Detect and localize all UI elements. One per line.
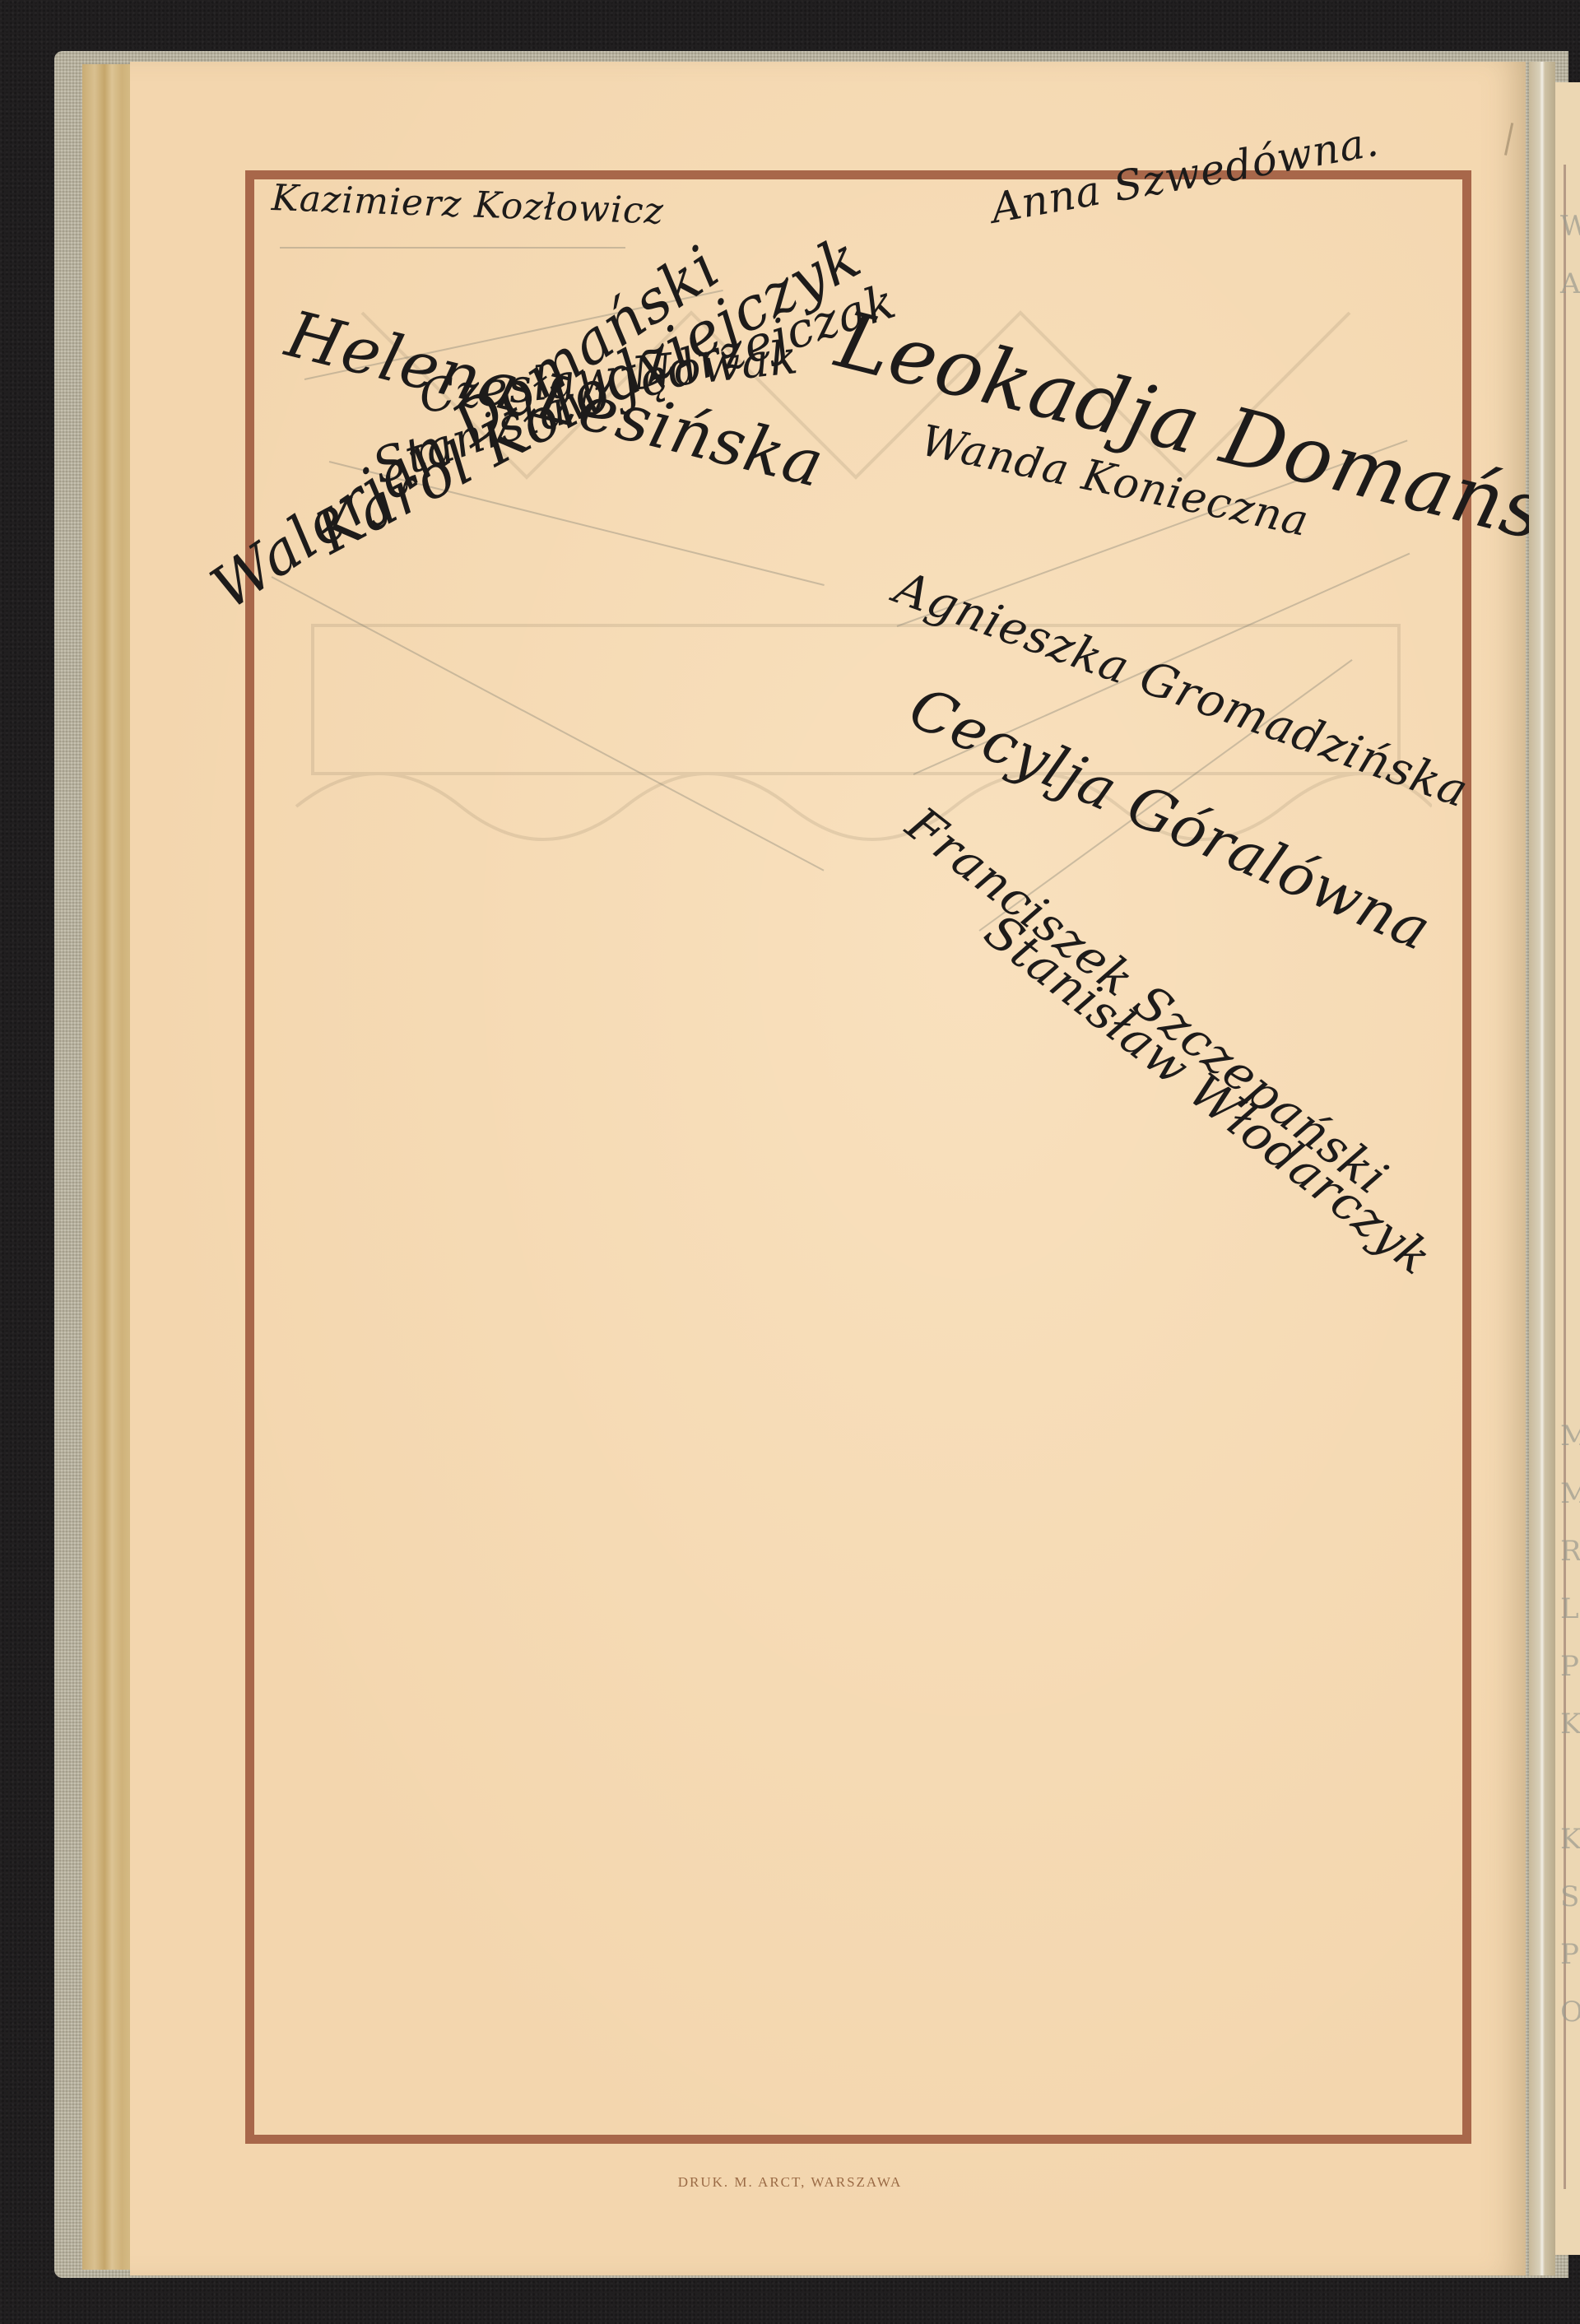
facing-page-text: W A M M R L P K K S P O xyxy=(1560,198,1580,2041)
pencil-guide-line xyxy=(280,247,625,249)
facing-page-edge: W A M M R L P K K S P O xyxy=(1555,82,1580,2255)
printer-imprint: DRUK. M. ARCT, WARSZAWA xyxy=(0,2174,1580,2191)
page-edge-stack xyxy=(82,64,132,2270)
book-gutter xyxy=(1529,62,1555,2275)
